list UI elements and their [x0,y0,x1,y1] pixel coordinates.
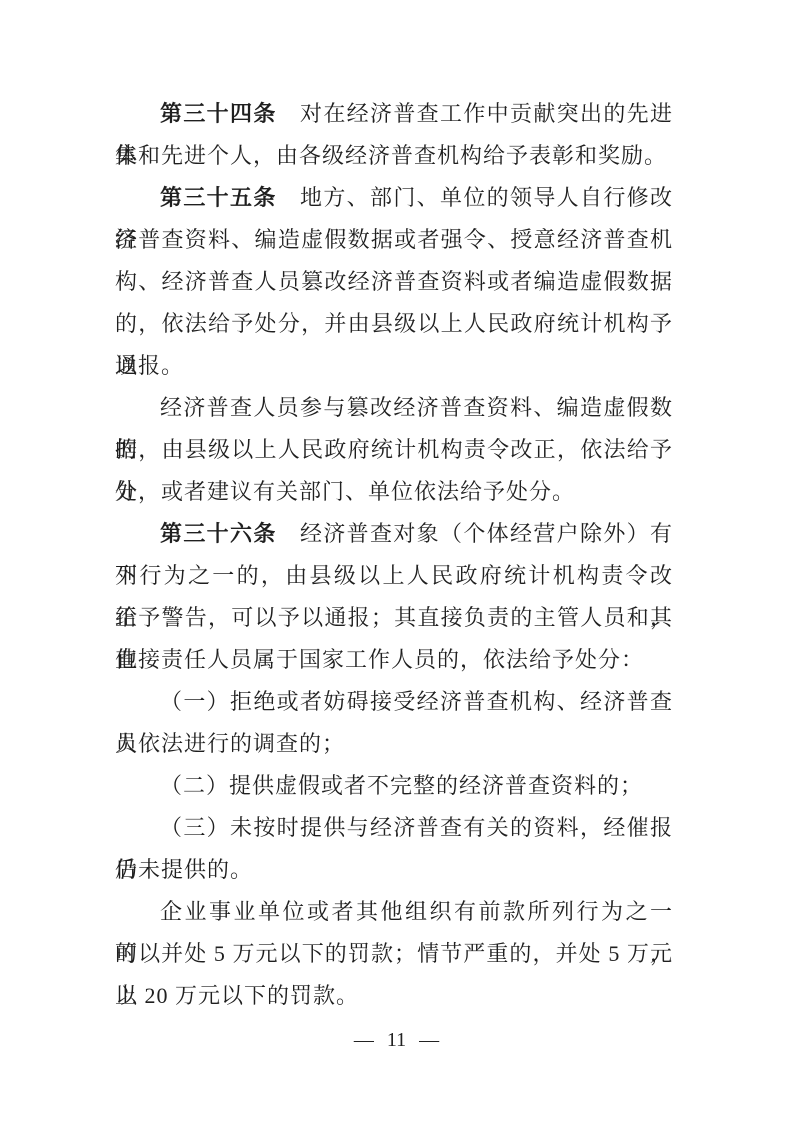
text-line: 的，由县级以上人民政府统计机构责令改正，依法给予处 [115,429,673,471]
text-line: 分，或者建议有关部门、单位依法给予处分。 [115,471,673,513]
text-line: 第三十五条 地方、部门、单位的领导人自行修改经 [115,177,673,219]
text-segment: 构、经济普查人员篡改经济普查资料或者编造虚假数据 [115,269,673,294]
text-line: （三）未按时提供与经济普查有关的资料，经催报后 [115,807,673,849]
text-line: 济普查资料、编造虚假数据或者强令、授意经济普查机 [115,219,673,261]
text-segment: 分，或者建议有关部门、单位依法给予处分。 [115,479,575,504]
text-line: 给予警告，可以予以通报；其直接负责的主管人员和其他 [115,597,673,639]
article-number: 第三十六条 [160,521,277,546]
text-segment: 济普查资料、编造虚假数据或者强令、授意经济普查机 [115,227,673,252]
text-segment: 直接责任人员属于国家工作人员的，依法给予处分： [115,647,644,672]
text-segment: （二）提供虚假或者不完整的经济普查资料的； [160,773,643,798]
text-line: 构、经济普查人员篡改经济普查资料或者编造虚假数据 [115,261,673,303]
article-number: 第三十四条 [160,101,277,126]
text-line: （一）拒绝或者妨碍接受经济普查机构、经济普查人 [115,681,673,723]
text-line: 第三十四条 对在经济普查工作中贡献突出的先进集 [115,93,673,135]
text-line: 体和先进个人，由各级经济普查机构给予表彰和奖励。 [115,135,673,177]
text-segment: 员依法进行的调查的； [115,731,345,756]
text-line: 经济普查人员参与篡改经济普查资料、编造虚假数据 [115,387,673,429]
text-line: 仍未提供的。 [115,849,673,891]
text-line: 的，依法给予处分，并由县级以上人民政府统计机构予以 [115,303,673,345]
article-number: 第三十五条 [160,185,277,210]
text-line: 可以并处 5 万元以下的罚款；情节严重的，并处 5 万元以 [115,933,673,975]
page-footer: — 11 — [0,1026,793,1054]
text-line: 企业事业单位或者其他组织有前款所列行为之一的， [115,891,673,933]
text-line: 通报。 [115,345,673,387]
text-line: 列行为之一的，由县级以上人民政府统计机构责令改正， [115,555,673,597]
text-line: （二）提供虚假或者不完整的经济普查资料的； [115,765,673,807]
text-line: 第三十六条 经济普查对象（个体经营户除外）有下 [115,513,673,555]
text-line: 直接责任人员属于国家工作人员的，依法给予处分： [115,639,673,681]
text-segment: 仍未提供的。 [115,857,253,882]
document-body: 第三十四条 对在经济普查工作中贡献突出的先进集体和先进个人，由各级经济普查机构给… [115,93,673,1017]
text-segment: 体和先进个人，由各级经济普查机构给予表彰和奖励。 [115,143,667,168]
text-line: 员依法进行的调查的； [115,723,673,765]
text-line: 上 20 万元以下的罚款。 [115,975,673,1017]
page-number: — 11 — [354,1029,439,1051]
text-segment: 通报。 [115,353,184,378]
text-segment: 上 20 万元以下的罚款。 [115,983,359,1008]
